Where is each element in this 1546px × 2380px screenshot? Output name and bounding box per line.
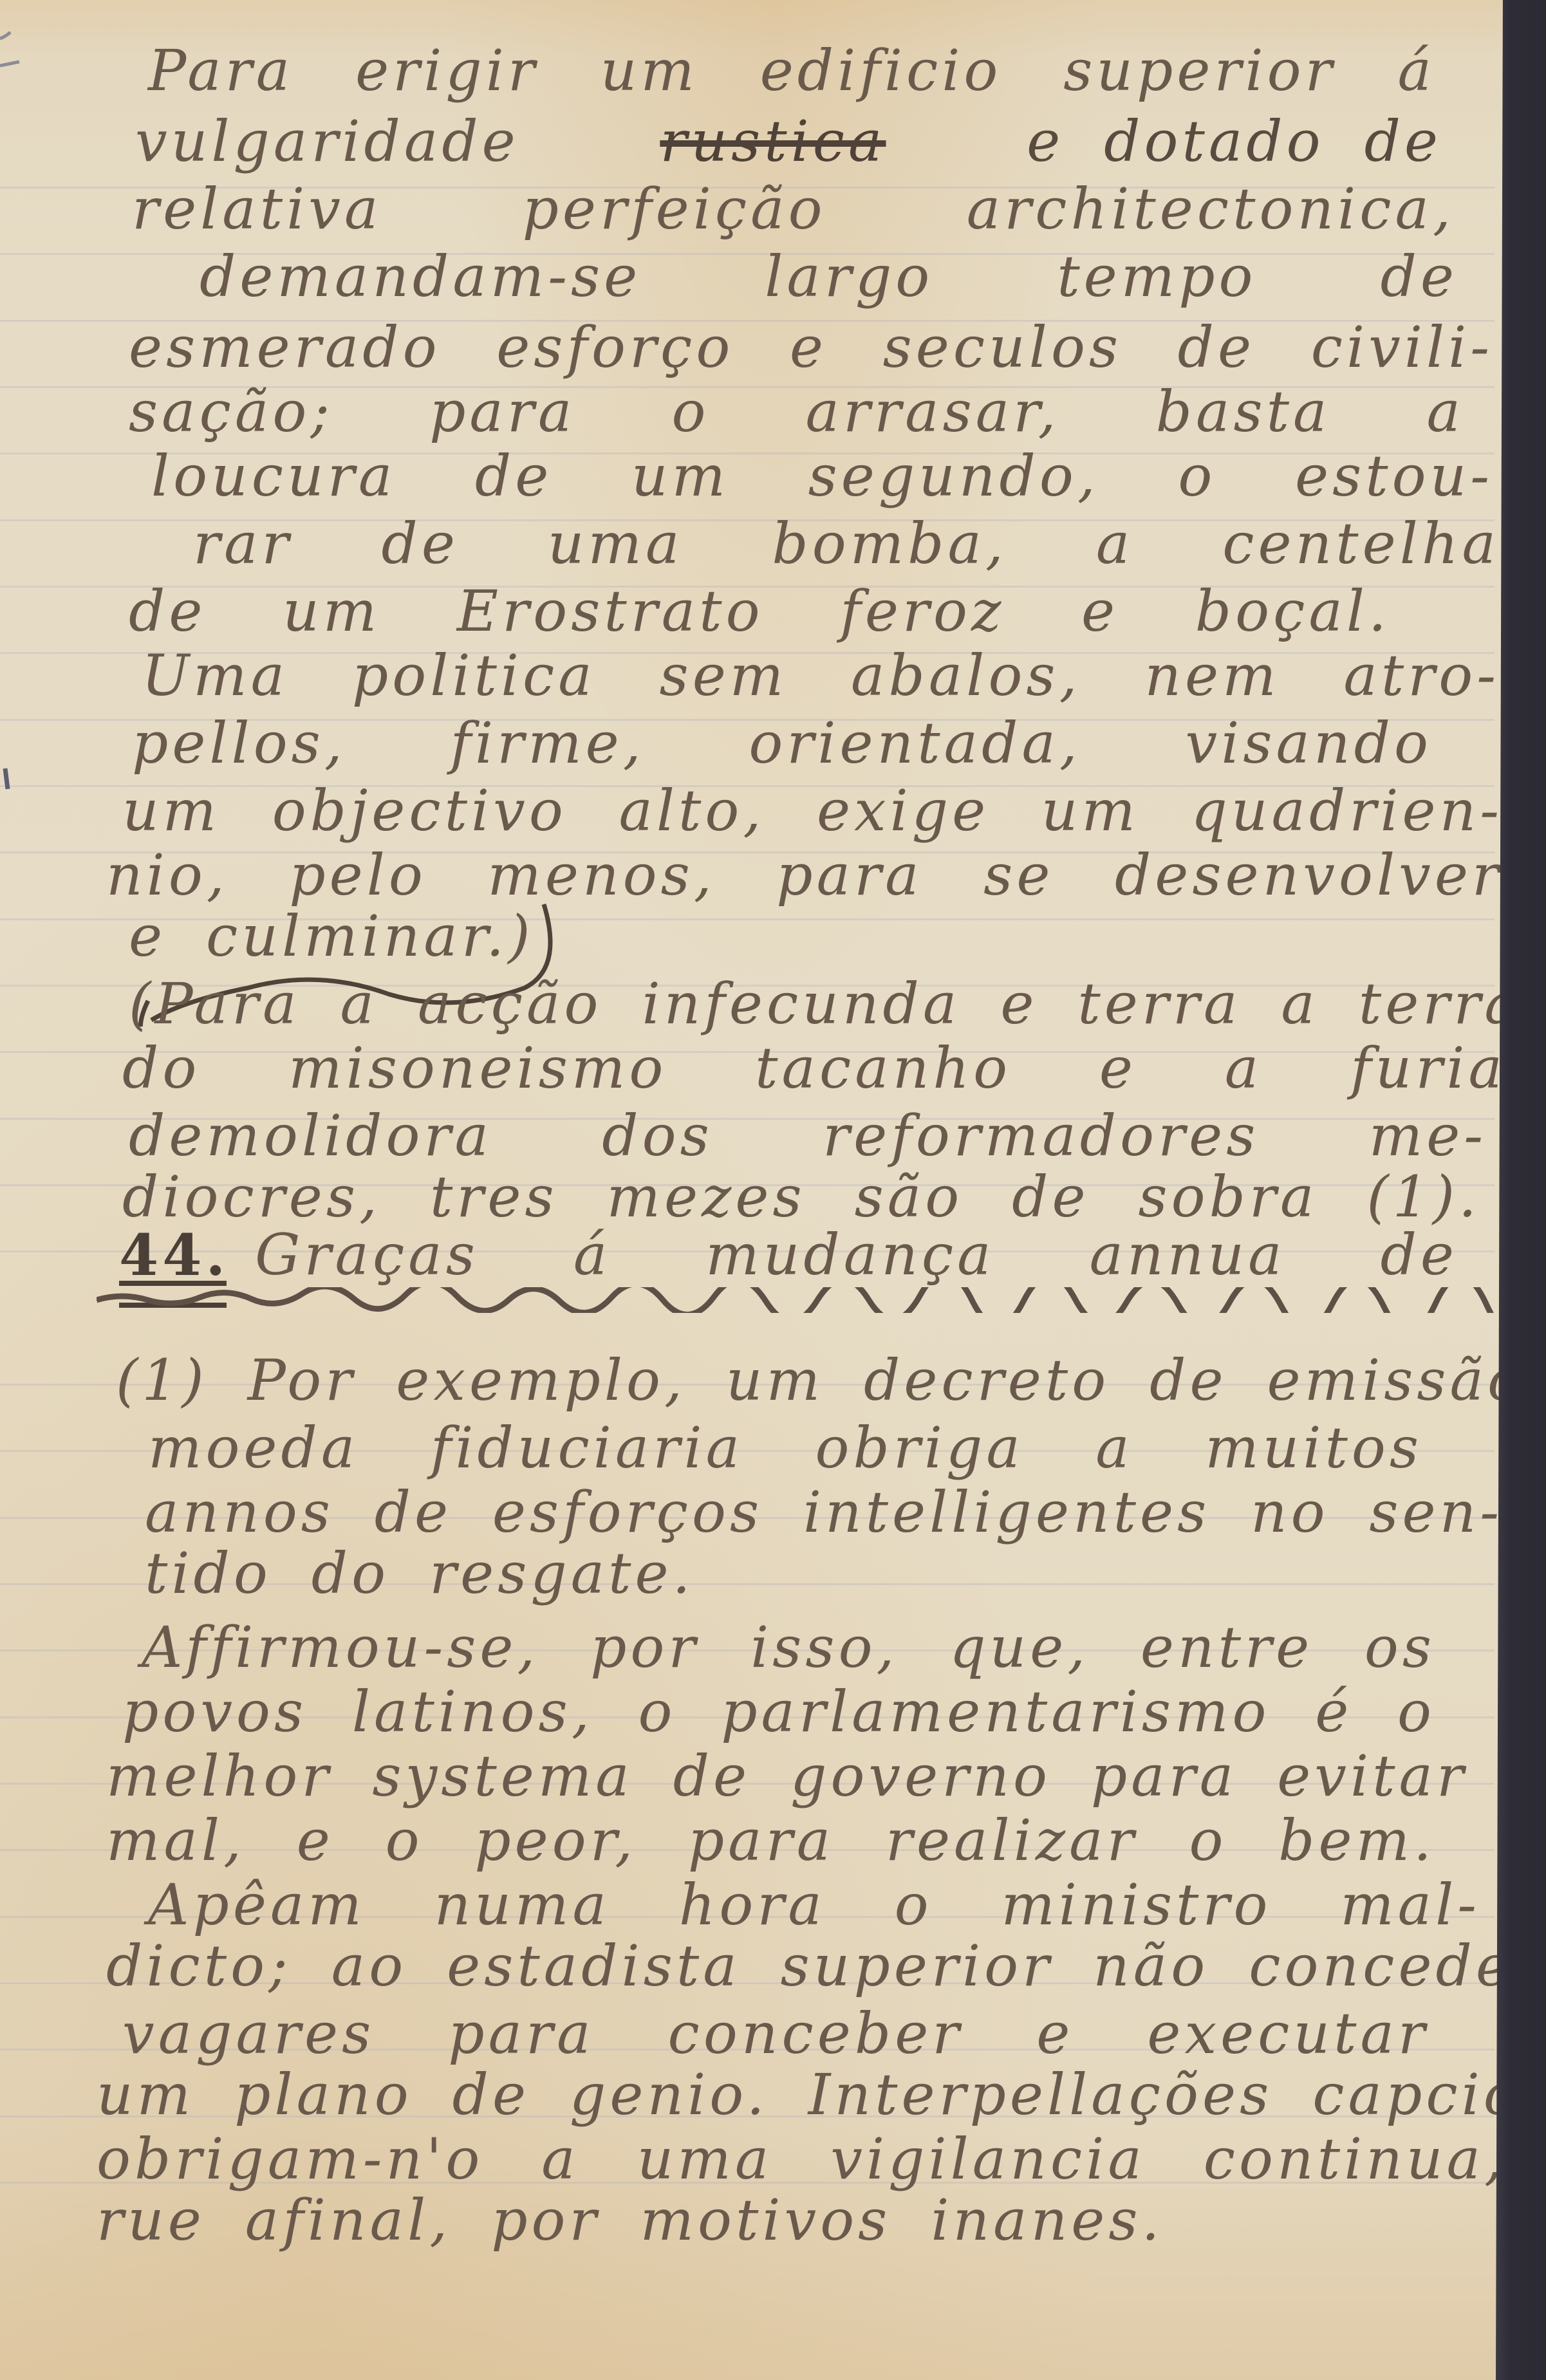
text-line: pellos, firme, orientada, visando bbox=[132, 705, 1432, 782]
footnote-line: rue afinal, por motivos inanes. bbox=[97, 2182, 1255, 2259]
struck-word: rustica bbox=[660, 103, 886, 180]
text-fragment: e dotado de bbox=[1027, 103, 1442, 180]
margin-ink-dot bbox=[0, 766, 19, 792]
margin-pencil-mark bbox=[0, 26, 26, 71]
text-line: 44. Graças á mudança annua de bbox=[119, 1216, 1458, 1294]
footnote-separator-rule bbox=[97, 1287, 1532, 1313]
text-line: rar de uma bomba, a centelha bbox=[193, 505, 1500, 582]
text-line: relativa perfeição architectonica, bbox=[132, 171, 1455, 248]
text-line: demandam-se largo tempo de bbox=[200, 238, 1458, 315]
footnote-line: dicto; ao estadista superior não concede… bbox=[106, 1928, 1493, 2005]
text-fragment: Graças á mudança annua de bbox=[255, 1216, 1458, 1294]
text-line: do misoneismo tacanho e a furia bbox=[122, 1030, 1506, 1107]
text-line: vulgaridade rustica e dotado de bbox=[135, 103, 1442, 180]
text-line: loucura de um segundo, o estou- bbox=[151, 438, 1493, 515]
text-fragment: vulgaridade bbox=[135, 103, 519, 180]
footnote-line: tido do resgate. bbox=[145, 1535, 788, 1612]
footnote-line: (1) Por exemplo, um decreto de emissão d… bbox=[116, 1342, 1448, 1419]
text-line: Para erigir um edificio superior á bbox=[148, 32, 1435, 109]
text-line: Uma politica sem abalos, nem atro- bbox=[142, 637, 1500, 714]
book-binding-edge bbox=[1496, 0, 1546, 2380]
section-number: 44. bbox=[119, 1216, 229, 1294]
